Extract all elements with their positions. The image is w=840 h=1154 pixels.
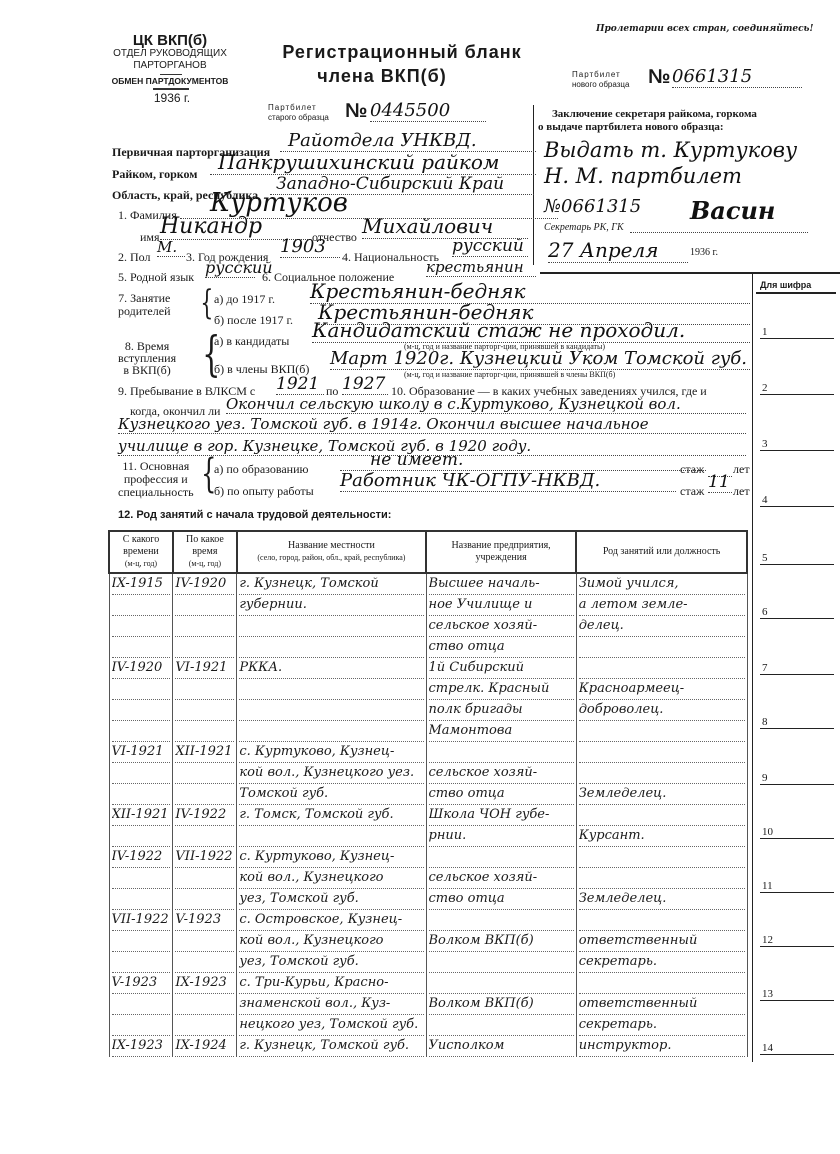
cell-line — [175, 784, 234, 805]
cell-position: Зимой учился,а летом земле-делец. — [576, 573, 747, 658]
raikom-value: Панкрушихинский райком — [210, 150, 536, 175]
cell-line: уез, Томской губ. — [239, 952, 423, 973]
cell-position: инструктор. — [576, 1036, 747, 1057]
cell-line: Зимой учился, — [579, 574, 745, 595]
nationality-value: русский — [452, 236, 528, 257]
cell-line — [112, 700, 171, 721]
years-label: лет — [733, 462, 750, 477]
cell-line: Волком ВКП(б) — [429, 931, 574, 952]
cell-position: ответственныйсекретарь. — [576, 973, 747, 1036]
cell-line: делец. — [579, 616, 745, 637]
cell-line — [112, 952, 171, 973]
cell-line — [429, 952, 574, 973]
cell-to: XII-1921 — [173, 742, 237, 805]
cipher-border — [752, 272, 753, 1062]
cell-line: знаменской вол., Куз- — [239, 994, 423, 1015]
table-row: IX-1915IV-1920г. Кузнецк, Томскойгуберни… — [109, 573, 747, 658]
cipher-number: 7 — [760, 662, 834, 675]
cell-line: секретарь. — [579, 952, 745, 973]
cell-line: сельское хозяй- — [429, 868, 574, 889]
raikom-label: Райком, горком — [112, 167, 197, 182]
col-to-label: По какое время — [186, 534, 224, 557]
col-position: Род занятий или должность — [576, 531, 747, 573]
exchange-label: ОБМЕН ПАРТДОКУМЕНТОВ — [104, 76, 236, 86]
profession-label: 11. Основная профессия и специальность — [118, 460, 194, 499]
conclusion-date: 27 Апреля — [548, 238, 688, 263]
cell-line — [579, 658, 745, 679]
cell-line — [579, 721, 745, 742]
conclusion-year: 1936 г. — [690, 247, 718, 258]
cell-position: Земледелец. — [576, 847, 747, 910]
col-from-hint: (м-ц, год) — [125, 559, 157, 568]
cell-line — [112, 868, 171, 889]
cell-line — [175, 595, 234, 616]
slogan: Пролетарии всех стран, соединяйтесь! — [596, 24, 813, 34]
table-row: VII-1922V-1923с. Островское, Кузнец-кой … — [109, 910, 747, 973]
cell-line: VI-1921 — [175, 658, 234, 679]
candidate-label: а) в кандидаты — [214, 334, 289, 349]
cell-enterprise: сельское хозяй-ство отца — [426, 847, 576, 910]
cell-line: IX-1915 — [112, 574, 171, 595]
conclusion-text-3: №0661315 — [544, 196, 641, 217]
cell-line — [112, 1015, 171, 1036]
cell-line — [429, 847, 574, 868]
education-line-2: Кузнецкого уез. Томской губ. в 1914г. Ок… — [118, 415, 746, 434]
cell-from: IX-1915 — [109, 573, 173, 658]
old-card-label-line1: Партбилет — [268, 103, 329, 113]
col-to-hint: (м-ц, год) — [189, 559, 221, 568]
join-label: 8. Время вступления в ВКП(б) — [118, 340, 176, 376]
cell-line — [429, 973, 574, 994]
table-row: XII-1921IV-1922г. Томск, Томской губ.Шко… — [109, 805, 747, 847]
cell-line: 1й Сибирский — [429, 658, 574, 679]
new-card-label: Партбилет нового образца — [572, 70, 629, 90]
cell-line: с. Куртуково, Кузнец- — [239, 847, 423, 868]
native-lang-value: русский — [205, 258, 255, 278]
cell-line: Томской губ. — [239, 784, 423, 805]
form-title: Регистрационный бланк — [272, 42, 532, 63]
cell-line — [175, 994, 234, 1015]
cell-place: с. Куртуково, Кузнец-кой вол., Кузнецког… — [237, 742, 426, 805]
cell-to: VI-1921 — [173, 658, 237, 742]
cell-line: Школа ЧОН губе- — [429, 805, 574, 826]
cell-line: XII-1921 — [175, 742, 234, 763]
cell-line: VI-1921 — [112, 742, 171, 763]
old-card-label: Партбилет старого образца — [268, 103, 329, 123]
birth-year-value: 1903 — [280, 236, 340, 258]
sex-value: М. — [157, 238, 185, 257]
cell-line: VII-1922 — [112, 910, 171, 931]
cell-to: IV-1922 — [173, 805, 237, 847]
cell-line: V-1923 — [175, 910, 234, 931]
col-place-label: Название местности — [288, 540, 375, 551]
cell-line — [579, 637, 745, 658]
prof-work-label: б) по опыту работы — [214, 484, 314, 499]
divider — [160, 74, 182, 75]
cell-position: Земледелец. — [576, 742, 747, 805]
cell-line — [175, 763, 234, 784]
cell-line: доброволец. — [579, 700, 745, 721]
cell-from: IV-1922 — [109, 847, 173, 910]
cell-line — [112, 637, 171, 658]
parents-label-line2: родителей — [118, 305, 171, 318]
col-from: С какого времени(м-ц, год) — [109, 531, 173, 573]
years-label: лет — [733, 484, 750, 499]
cell-line: IV-1922 — [175, 805, 234, 826]
cell-place: с. Куртуково, Кузнец-кой вол., Кузнецког… — [237, 847, 426, 910]
parents-label: 7. Занятие родителей — [118, 292, 171, 318]
cell-line — [239, 616, 423, 637]
cell-position: Курсант. — [576, 805, 747, 847]
old-card-no-sign: № — [345, 100, 367, 123]
cell-line — [112, 595, 171, 616]
cell-line — [112, 994, 171, 1015]
member-value: Март 1920г. Кузнецкий Уком Томской губ. — [330, 348, 750, 370]
cell-line: стрелк. Красный — [429, 679, 574, 700]
cell-line — [175, 826, 234, 847]
native-lang-label: 5. Родной язык — [118, 270, 194, 285]
cell-line: сельское хозяй- — [429, 616, 574, 637]
cell-line — [112, 679, 171, 700]
cell-line: РККА. — [239, 658, 423, 679]
cell-line: а летом земле- — [579, 595, 745, 616]
parents-before-label: а) до 1917 г. — [214, 292, 275, 307]
cell-enterprise: сельское хозяй-ство отца — [426, 742, 576, 805]
vlksm-to: 1927 — [342, 374, 388, 395]
cell-line — [175, 616, 234, 637]
cell-from: IX-1923 — [109, 1036, 173, 1057]
cell-place: с. Островское, Кузнец-кой вол., Кузнецко… — [237, 910, 426, 973]
vlksm-from: 1921 — [276, 374, 324, 395]
signature-line — [630, 232, 808, 233]
cell-line: с. Куртуково, Кузнец- — [239, 742, 423, 763]
section-divider — [540, 272, 840, 274]
cell-position: Красноармеец-доброволец. — [576, 658, 747, 742]
form-year: 1936 г. — [150, 91, 194, 105]
cell-line — [175, 679, 234, 700]
cell-line: ство отца — [429, 889, 574, 910]
cell-line: ответственный — [579, 931, 745, 952]
cell-line — [175, 1015, 234, 1036]
cell-line: полк бригады — [429, 700, 574, 721]
cell-enterprise: Волком ВКП(б) — [426, 973, 576, 1036]
cell-line — [239, 826, 423, 847]
col-position-label: Род занятий или должность — [603, 546, 721, 557]
org-name: ЦК ВКП(б) — [118, 32, 222, 49]
cell-line: уез, Томской губ. — [239, 889, 423, 910]
cell-line — [429, 1015, 574, 1036]
cell-line: рнии. — [429, 826, 574, 847]
parents-after-label: б) после 1917 г. — [214, 313, 293, 328]
secretary-signature: Васин — [690, 196, 775, 225]
join-label-line3: в ВКП(б) — [118, 364, 176, 376]
col-place-hint: (село, город, район, обл., край, республ… — [257, 553, 405, 562]
cell-line: IV-1922 — [112, 847, 171, 868]
prof-work-stazh-label: стаж — [680, 484, 704, 499]
cell-line: г. Кузнецк, Томской губ. — [239, 1036, 423, 1057]
cell-to: IX-1923 — [173, 973, 237, 1036]
cell-line — [429, 742, 574, 763]
col-from-label: С какого времени — [123, 534, 160, 557]
cell-line: сельское хозяй- — [429, 763, 574, 784]
cell-line: кой вол., Кузнецкого — [239, 868, 423, 889]
cell-line — [112, 763, 171, 784]
member-hint: (м-ц, год и название парторг-ции, приняв… — [404, 370, 615, 379]
cell-line — [579, 868, 745, 889]
cipher-number: 13 — [760, 988, 834, 1001]
cell-line: ответственный — [579, 994, 745, 1015]
cell-line: V-1923 — [112, 973, 171, 994]
cell-line — [239, 721, 423, 742]
cell-place: г. Кузнецк, Томскойгубернии. — [237, 573, 426, 658]
col-to: По какое время(м-ц, год) — [173, 531, 237, 573]
cell-line — [112, 826, 171, 847]
cell-line: кой вол., Кузнецкого уез. — [239, 763, 423, 784]
cell-line — [112, 721, 171, 742]
cell-place: с. Три-Курьи, Красно-знаменской вол., Ку… — [237, 973, 426, 1036]
new-card-no-sign: № — [648, 66, 670, 89]
cell-line: с. Три-Курьи, Красно- — [239, 973, 423, 994]
social-value: крестьянин — [426, 258, 536, 277]
cell-from: VI-1921 — [109, 742, 173, 805]
col-enterprise-label: Название предприятия, учреждения — [452, 540, 551, 563]
cell-enterprise: Волком ВКП(б) — [426, 910, 576, 973]
cipher-number: 8 — [760, 716, 834, 729]
cell-line — [112, 889, 171, 910]
dept-line1: ОТДЕЛ РУКОВОДЯЩИХ — [108, 48, 232, 59]
table-row: IV-1920VI-1921РККА.1й Сибирскийстрелк. К… — [109, 658, 747, 742]
prof-edu-label: а) по образованию — [214, 462, 309, 477]
profession-label-line3: специальность — [118, 486, 194, 499]
cell-line: ство отца — [429, 784, 574, 805]
cell-line — [579, 805, 745, 826]
cell-line: IV-1920 — [112, 658, 171, 679]
prof-work-value: Работник ЧК-ОГПУ-НКВД. — [340, 470, 676, 492]
cell-line — [112, 931, 171, 952]
cell-to: VII-1922 — [173, 847, 237, 910]
cell-line: IX-1924 — [175, 1036, 234, 1057]
conclusion-text-2: Н. М. партбилет — [544, 164, 742, 188]
cell-line: нецкого уез, Томской губ. — [239, 1015, 423, 1036]
dept-line2: ПАРТОРГАНОВ — [108, 60, 232, 71]
conclusion-text-1: Выдать т. Куртукову — [544, 138, 797, 162]
brace: { — [200, 286, 213, 320]
cell-line: Курсант. — [579, 826, 745, 847]
new-card-label-line2: нового образца — [572, 80, 629, 90]
sex-label: 2. Пол — [118, 250, 151, 265]
conclusion-label-2: о выдаче партбилета нового образца: — [538, 121, 724, 133]
primary-org-value: Райотдела УНКВД. — [280, 130, 536, 152]
cell-line — [175, 637, 234, 658]
cell-line: г. Томск, Томской губ. — [239, 805, 423, 826]
cipher-number: 4 — [760, 494, 834, 507]
cell-to: IX-1924 — [173, 1036, 237, 1057]
cell-line: IX-1923 — [175, 973, 234, 994]
new-card-label-line1: Партбилет — [572, 70, 629, 80]
cipher-label-underline — [756, 292, 836, 294]
divider — [153, 88, 189, 90]
cell-line — [579, 847, 745, 868]
cell-place: г. Томск, Томской губ. — [237, 805, 426, 847]
cipher-number: 14 — [760, 1042, 834, 1055]
cipher-number: 1 — [760, 326, 834, 339]
cell-line — [239, 637, 423, 658]
cipher-number: 5 — [760, 552, 834, 565]
cell-line: IV-1920 — [175, 574, 234, 595]
cell-line — [175, 868, 234, 889]
cell-enterprise: 1й Сибирскийстрелк. Красныйполк бригадыМ… — [426, 658, 576, 742]
col-place: Название местности(село, город, район, о… — [237, 531, 426, 573]
cipher-number: 12 — [760, 934, 834, 947]
cell-enterprise: Школа ЧОН губе-рнии. — [426, 805, 576, 847]
cell-line: XII-1921 — [112, 805, 171, 826]
cipher-number: 3 — [760, 438, 834, 451]
cell-line: Земледелец. — [579, 784, 745, 805]
form-subtitle: члена ВКП(б) — [272, 66, 492, 87]
col-enterprise: Название предприятия, учреждения — [426, 531, 576, 573]
cell-place: РККА. — [237, 658, 426, 742]
table-row: VI-1921XII-1921с. Куртуково, Кузнец-кой … — [109, 742, 747, 805]
cell-line: Уисполком — [429, 1036, 574, 1057]
old-card-label-line2: старого образца — [268, 113, 329, 123]
cell-to: IV-1920 — [173, 573, 237, 658]
cell-line — [579, 973, 745, 994]
conclusion-label-1: Заключение секретаря райкома, горкома — [552, 108, 757, 120]
cell-line — [112, 616, 171, 637]
cell-line: Красноармеец- — [579, 679, 745, 700]
new-card-number: 0661315 — [672, 66, 802, 88]
cell-line: губернии. — [239, 595, 423, 616]
cell-from: XII-1921 — [109, 805, 173, 847]
cell-line: IX-1923 — [112, 1036, 171, 1057]
cell-line: г. Кузнецк, Томской — [239, 574, 423, 595]
cell-line — [239, 679, 423, 700]
cell-line: VII-1922 — [175, 847, 234, 868]
cell-line: ство отца — [429, 637, 574, 658]
cell-line: секретарь. — [579, 1015, 745, 1036]
cell-line — [429, 910, 574, 931]
cell-line — [579, 763, 745, 784]
old-card-number: 0445500 — [370, 100, 486, 122]
cell-line: инструктор. — [579, 1036, 745, 1057]
table-row: IV-1922VII-1922с. Куртуково, Кузнец-кой … — [109, 847, 747, 910]
prof-work-stazh-value: 11 — [708, 472, 732, 493]
table-row: V-1923IX-1923с. Три-Курьи, Красно-знамен… — [109, 973, 747, 1036]
cell-line: с. Островское, Кузнец- — [239, 910, 423, 931]
cell-line: кой вол., Кузнецкого — [239, 931, 423, 952]
secretary-label: Секретарь РК, ГК — [544, 222, 624, 233]
activity-label: 12. Род занятий с начала трудовой деятел… — [118, 509, 391, 521]
cipher-number: 10 — [760, 826, 834, 839]
cell-line: Волком ВКП(б) — [429, 994, 574, 1015]
cell-line — [112, 784, 171, 805]
cell-to: V-1923 — [173, 910, 237, 973]
cipher-label: Для шифра — [760, 280, 811, 290]
table-header-row: С какого времени(м-ц, год) По какое врем… — [109, 531, 747, 573]
education-line-1: Окончил сельскую школу в с.Куртуково, Ку… — [226, 395, 746, 414]
cell-position: ответственныйсекретарь. — [576, 910, 747, 973]
work-history-table: С какого времени(м-ц, год) По какое врем… — [108, 530, 748, 1057]
cell-from: IV-1920 — [109, 658, 173, 742]
cell-line: Земледелец. — [579, 889, 745, 910]
cell-line — [579, 742, 745, 763]
cell-enterprise: Уисполком — [426, 1036, 576, 1057]
nationality-label: 4. Национальность — [342, 250, 439, 265]
cell-line — [175, 889, 234, 910]
cell-from: V-1923 — [109, 973, 173, 1036]
prof-edu-stazh-label: стаж — [680, 462, 704, 477]
cell-line: Высшее началь- — [429, 574, 574, 595]
cipher-number: 6 — [760, 606, 834, 619]
cell-place: г. Кузнецк, Томской губ. — [237, 1036, 426, 1057]
cell-line: Мамонтова — [429, 721, 574, 742]
cell-line: ное Училище и — [429, 595, 574, 616]
cipher-number: 2 — [760, 382, 834, 395]
table-row: IX-1923IX-1924г. Кузнецк, Томской губ.Уи… — [109, 1036, 747, 1057]
cell-from: VII-1922 — [109, 910, 173, 973]
cell-line — [175, 931, 234, 952]
cipher-number: 9 — [760, 772, 834, 785]
cipher-number: 11 — [760, 880, 834, 893]
cell-line — [175, 721, 234, 742]
cell-line — [239, 700, 423, 721]
cell-line — [175, 700, 234, 721]
cell-line — [579, 910, 745, 931]
cell-enterprise: Высшее началь-ное Училище исельское хозя… — [426, 573, 576, 658]
prof-edu-value: не имеет. — [340, 450, 706, 471]
candidate-value: Кандидатский стаж не проходил. — [312, 318, 750, 343]
cell-line — [175, 952, 234, 973]
